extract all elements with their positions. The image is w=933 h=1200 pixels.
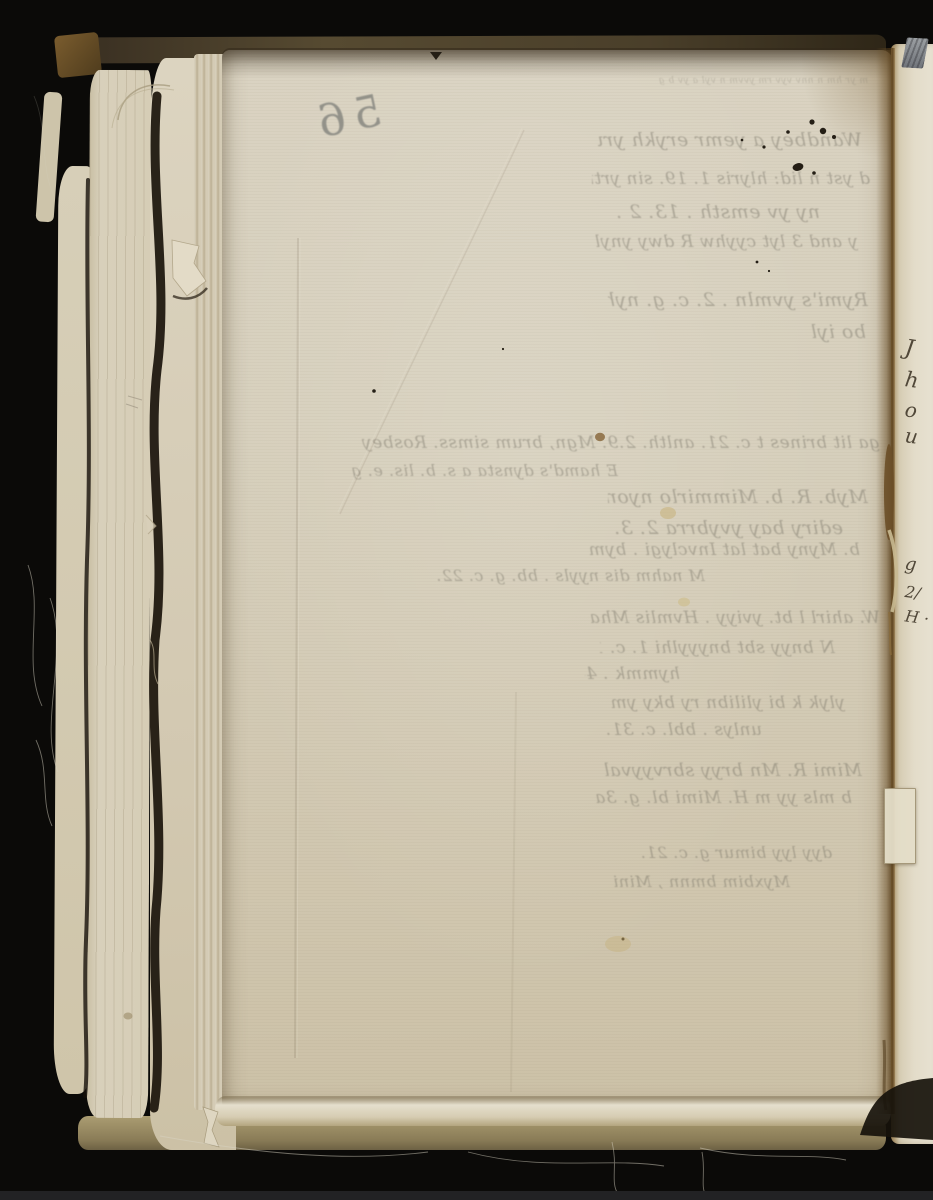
manuscript-verso-page: [222, 50, 893, 1112]
page-top-soiling: [222, 48, 893, 78]
paper-index-tab: [884, 788, 916, 864]
page-bottom-curled-edge: [215, 1096, 891, 1126]
photo-bottom-strip: [0, 1191, 933, 1200]
manuscript-photo-scene: m yr hm n nnv vyv rm yvvm n vyl a yv b g…: [0, 0, 933, 1200]
underlying-page-edge-b: [86, 70, 152, 1118]
binding-corner: [54, 32, 102, 78]
book-gutter-shadow: [876, 48, 895, 1114]
facing-page-sliver: [891, 44, 933, 1144]
